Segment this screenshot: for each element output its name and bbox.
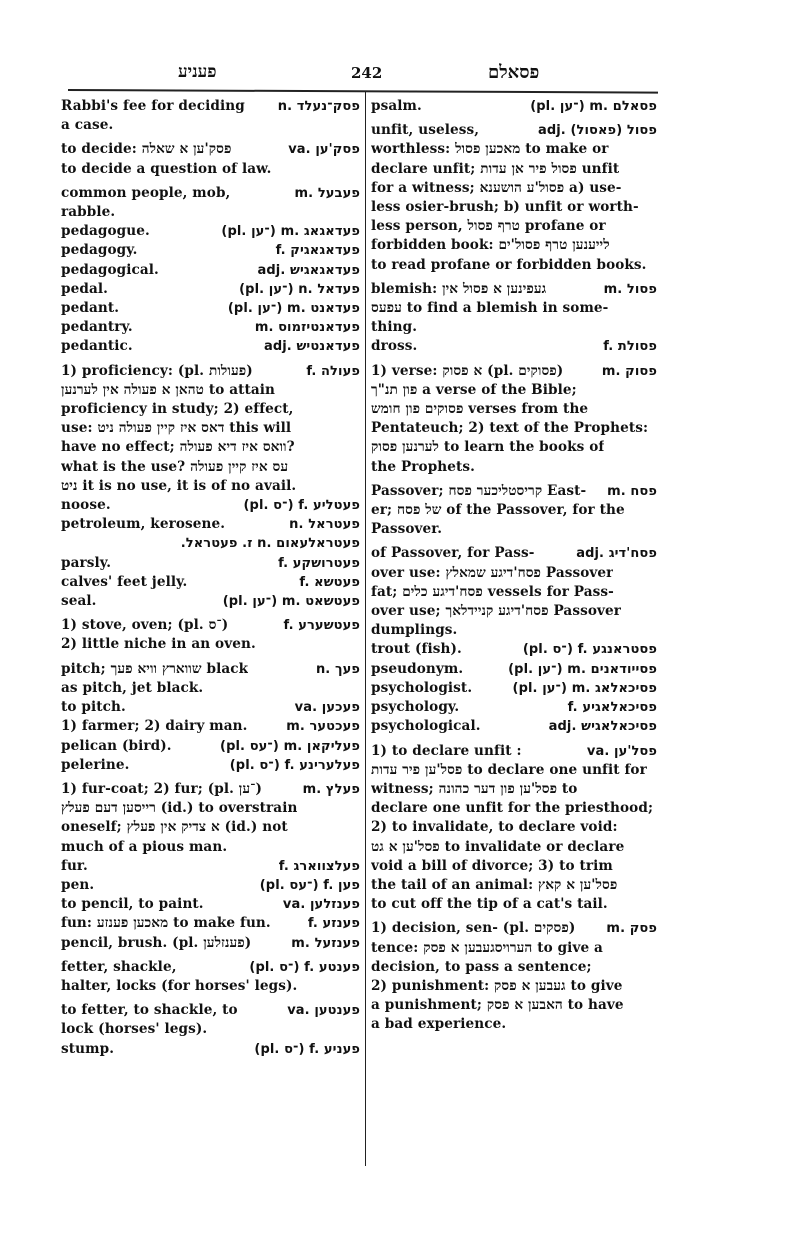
definition-text: pedantry. [61, 318, 133, 337]
definition-text: the tail of an animal: פסל'ען א קאץ [371, 876, 617, 895]
definition-text: Passover. [371, 520, 442, 539]
dictionary-entry: Rabbi's fee for decidingn. פסק־נעלדa cas… [61, 97, 360, 135]
definition-text: proficiency in study; 2) effect, [61, 400, 293, 419]
definition-text: to cut off the tip of a cat's tail. [371, 895, 608, 914]
entry-first-line: 1) fur-coat; 2) fur; (pl. ־ען)m. פעלץ [61, 780, 360, 799]
definition-text: pedagogue. [61, 222, 150, 241]
headword: m. פסוק [602, 362, 657, 381]
entry-first-line: blemish: געפינען א פסול איןm. פסול [371, 280, 657, 299]
definition-text: pen. [61, 876, 94, 895]
definition-text: less person, טרף פסול profane or [371, 217, 606, 236]
definition-text: pedant. [61, 299, 119, 318]
definition-text: declare one unfit for the priesthood; [371, 799, 653, 818]
definition-text: to pitch. [61, 698, 126, 717]
definition-text: pedantic. [61, 337, 133, 356]
definition-text: 2) little niche in an oven. [61, 635, 256, 654]
dictionary-entry: dross.f. פסולת [371, 337, 657, 356]
definition-text: over use: פסח'דיגע שמאלץ Passover [371, 564, 613, 583]
headword: (pl. ־ען) m. פעדאגאג [221, 222, 360, 241]
definition-text: 1) decision, sen- (pl. פסקים) [371, 919, 575, 938]
entry-continuation-line: dumplings. [371, 621, 657, 640]
definition-text: pencil, brush. (pl. פענזלען) [61, 934, 251, 953]
entry-first-line: 1) decision, sen- (pl. פסקים)m. פסק [371, 919, 657, 938]
dictionary-entry: to fetter, to shackle, tova. פענטעןlock … [61, 1001, 360, 1039]
headword: m. פעלץ [303, 780, 360, 799]
entry-continuation-line: what is the use? עס איז קיין פעולה [61, 458, 360, 477]
entry-continuation-line: the Prophets. [371, 458, 657, 477]
definition-text: dross. [371, 337, 417, 356]
dictionary-entry: to pencil, to paint.va. פענזלען [61, 895, 360, 914]
entry-first-line: psychology.f. פסיכאלאגיע [371, 698, 657, 717]
dictionary-entry: pencil, brush. (pl. פענזלען)m. פענזעל [61, 934, 360, 953]
definition-text: 1) verse: א פסוק (pl. פסוקים) [371, 362, 563, 381]
headword: va. פסק'ען [288, 140, 360, 159]
definition-text: parsly. [61, 554, 111, 573]
entry-first-line: pedagogical.adj. פעדאגאגיש [61, 261, 360, 280]
headword: n. פעך [316, 660, 360, 679]
entry-continuation-line: rabble. [61, 203, 360, 222]
definition-text: calves' feet jelly. [61, 573, 187, 592]
dictionary-entry: pedant.(pl. ־ען) m. פעדאנט [61, 299, 360, 318]
definition-text: what is the use? עס איז קיין פעולה [61, 458, 288, 477]
dictionary-entry: fun: מאכען פענזע to make fun.f. פענזע [61, 914, 360, 933]
definition-text: void a bill of divorce; 3) to trim [371, 857, 613, 876]
page-number: 242 [351, 64, 382, 82]
definition-text: 1) farmer; 2) dairy man. [61, 717, 248, 736]
entry-continuation-line: declare one unfit for the priesthood; [371, 799, 657, 818]
definition-text: petroleum, kerosene. [61, 515, 225, 534]
definition-text: טהאן א פעולה אין לערנען to attain [61, 381, 275, 400]
definition-text: over use; פסח'דיגע קניידלאך Passover [371, 602, 621, 621]
entry-continuation-line: to read profane or forbidden books. [371, 256, 657, 275]
dictionary-entry: petroleum, kerosene.n. פעטראל [61, 515, 360, 534]
entry-first-line: seal.(pl. ־ען) m. פעטשאט [61, 592, 360, 611]
headword: adj. פסח'דיג [576, 544, 657, 563]
headword: va. פסל'ען [587, 742, 657, 761]
definition-text: psychology. [371, 698, 459, 717]
headword: (pl. ־ס) f. פענטע [249, 958, 360, 977]
definition-text: blemish: געפינען א פסול אין [371, 280, 546, 299]
headword: (pl. ־ס) f. פסטראנגע [523, 640, 657, 659]
page-header: פעניע 242 פסאלם [68, 60, 658, 90]
entry-first-line: פעטראלעאום .n ז. פעטראל. [61, 534, 360, 553]
entry-first-line: fetter, shackle,(pl. ־ס) f. פענטע [61, 958, 360, 977]
headword: (pl. ־ען) m. פסאלם [530, 97, 657, 116]
definition-text: 1) fur-coat; 2) fur; (pl. ־ען) [61, 780, 262, 799]
definition-text: פסוקים פון חומש verses from the [371, 400, 588, 419]
headword: m. פעדאנטיזמוס [255, 318, 360, 337]
headword: (pl. ־ען) m. פסייודאנים [508, 660, 657, 679]
definition-text: forbidden book: לייענען טרף פסול'ים [371, 236, 610, 255]
entry-first-line: to decide: פסק'ען א שאלהva. פסק'ען [61, 140, 360, 159]
headword: m. פעכטער [286, 717, 360, 736]
dictionary-entry: to pitch.va. פעכען [61, 698, 360, 717]
entry-continuation-line: לערנען פסוק to learn the books of [371, 438, 657, 457]
entry-continuation-line: fat; פסח'דיגע כלים vessels for Pass- [371, 583, 657, 602]
definition-text: רייסען דעם פעלץ (id.) to overstrain [61, 799, 297, 818]
definition-text: fat; פסח'דיגע כלים vessels for Pass- [371, 583, 614, 602]
entry-first-line: pen.(pl. ־עס) f. פען [61, 876, 360, 895]
definition-text: trout (fish). [371, 640, 462, 659]
dictionary-entry: pedal.(pl. ־ען) n. פעדאל [61, 280, 360, 299]
definition-text: less osier-brush; b) unfit or worth- [371, 198, 639, 217]
entry-first-line: psalm.(pl. ־ען) m. פסאלם [371, 97, 657, 116]
headword: m. פענזעל [291, 934, 360, 953]
dictionary-entry: psalm.(pl. ־ען) m. פסאלם [371, 97, 657, 116]
headword: f. פעטשא [299, 573, 360, 592]
entry-continuation-line: to cut off the tip of a cat's tail. [371, 895, 657, 914]
entry-continuation-line: proficiency in study; 2) effect, [61, 400, 360, 419]
headword: adj. (פאסול) פסול [538, 121, 657, 140]
definition-text: noose. [61, 496, 111, 515]
dictionary-entry: parsly.f. פעטרושקע [61, 554, 360, 573]
entry-continuation-line: a bad experience. [371, 1015, 657, 1034]
definition-text: עפעס to find a blemish in some- [371, 299, 608, 318]
dictionary-entry: noose.(pl. ־ס) f. פעטליע [61, 496, 360, 515]
entry-first-line: unfit, useless,adj. (פאסול) פסול [371, 121, 657, 140]
definition-text: 1) to declare unfit : [371, 742, 522, 761]
definition-text: as pitch, jet black. [61, 679, 203, 698]
entry-first-line: to pitch.va. פעכען [61, 698, 360, 717]
dictionary-entry: stump.(pl. ־ס) f. פעניע [61, 1040, 360, 1059]
entry-continuation-line: oneself; א צדיק אין פעלץ (id.) not [61, 818, 360, 837]
definition-text: the Prophets. [371, 458, 475, 477]
definition-text: pedagogy. [61, 241, 138, 260]
definition-text: seal. [61, 592, 97, 611]
entry-first-line: calves' feet jelly.f. פעטשא [61, 573, 360, 592]
column-divider [365, 92, 366, 1166]
definition-text: pseudonym. [371, 660, 463, 679]
headword: n. פעטראל [289, 515, 360, 534]
entry-continuation-line: decision, to pass a sentence; [371, 958, 657, 977]
dictionary-entry: pedagogue.(pl. ־ען) m. פעדאגאג [61, 222, 360, 241]
headword: (pl. ־ען) m. פסיכאלאג [513, 679, 657, 698]
definition-text: rabble. [61, 203, 115, 222]
dictionary-entry: seal.(pl. ־ען) m. פעטשאט [61, 592, 360, 611]
entry-continuation-line: עפעס to find a blemish in some- [371, 299, 657, 318]
entry-first-line: parsly.f. פעטרושקע [61, 554, 360, 573]
left-column: Rabbi's fee for decidingn. פסק־נעלדa cas… [61, 97, 360, 1059]
right-column: psalm.(pl. ־ען) m. פסאלםunfit, useless,a… [371, 97, 657, 1035]
dictionary-entry: fur.f. פעלצווארג [61, 857, 360, 876]
entry-first-line: 1) proficiency: (pl. פעולות)f. פעולה [61, 362, 360, 381]
entry-continuation-line: טהאן א פעולה אין לערנען to attain [61, 381, 360, 400]
entry-continuation-line: ניט it is no use, it is of no avail. [61, 477, 360, 496]
entry-continuation-line: a punishment; האבען א פסק to have [371, 996, 657, 1015]
headword: (pl. ־עס) m. פעליקאן [220, 737, 360, 756]
headword: (pl. ־ס) f. פעלערינע [230, 756, 360, 775]
dictionary-entry: unfit, useless,adj. (פאסול) פסולworthles… [371, 121, 657, 275]
headword: (pl. ־ען) m. פעטשאט [223, 592, 360, 611]
definition-text: decision, to pass a sentence; [371, 958, 592, 977]
entry-continuation-line: less osier-brush; b) unfit or worth- [371, 198, 657, 217]
dictionary-entry: pitch; שווארץ וויא פעך blackn. פעךas pit… [61, 660, 360, 698]
entry-first-line: pedal.(pl. ־ען) n. פעדאל [61, 280, 360, 299]
entry-first-line: common people, mob,m. פעבעל [61, 184, 360, 203]
definition-text: a bad experience. [371, 1015, 506, 1034]
definition-text: fetter, shackle, [61, 958, 177, 977]
entry-first-line: pedantry.m. פעדאנטיזמוס [61, 318, 360, 337]
header-right-guide-word: פסאלם [488, 62, 539, 83]
headword: f. פעדאגאגיק [276, 241, 360, 260]
definition-text: 2) punishment: געבען א פסק to give [371, 977, 622, 996]
entry-continuation-line: to decide a question of law. [61, 160, 360, 179]
dictionary-entry: Passover; קריסטליכער פסח East-m. פסחer; … [371, 482, 657, 540]
definition-text: of Passover, for Pass- [371, 544, 535, 563]
headword: m. פסח [607, 482, 657, 501]
entry-continuation-line: for a witness; פסול'ע הושענא a) use- [371, 179, 657, 198]
dictionary-entry: 1) stove, oven; (pl. ־ס)f. פעטשערע2) lit… [61, 616, 360, 654]
entry-continuation-line: 2) to invalidate, to declare void: [371, 818, 657, 837]
headword: f. פסולת [603, 337, 657, 356]
definition-text: 1) stove, oven; (pl. ־ס) [61, 616, 228, 635]
definition-text: worthless: מאכען פסול to make or [371, 140, 609, 159]
definition-text: to decide: פסק'ען א שאלה [61, 140, 231, 159]
entry-continuation-line: פון תנ"ך a verse of the Bible; [371, 381, 657, 400]
entry-continuation-line: Passover. [371, 520, 657, 539]
headword: va. פענזלען [283, 895, 360, 914]
headword: m. פעבעל [295, 184, 360, 203]
entry-continuation-line: פסל'ען א גט to invalidate or declare [371, 838, 657, 857]
entry-continuation-line: lock (horses' legs). [61, 1020, 360, 1039]
dictionary-entry: פעטראלעאום .n ז. פעטראל. [61, 534, 360, 553]
entry-first-line: petroleum, kerosene.n. פעטראל [61, 515, 360, 534]
definition-text: pitch; שווארץ וויא פעך black [61, 660, 248, 679]
definition-text: pedagogical. [61, 261, 159, 280]
entry-continuation-line: a case. [61, 116, 360, 135]
dictionary-entry: 1) decision, sen- (pl. פסקים)m. פסקtence… [371, 919, 657, 1034]
definition-text: פסל'ען פיר עדות to declare one unfit for [371, 761, 647, 780]
entry-continuation-line: use: דאס איז קיין פעולה ניט this will [61, 419, 360, 438]
dictionary-entry: pen.(pl. ־עס) f. פען [61, 876, 360, 895]
definition-text: psychologist. [371, 679, 472, 698]
entry-continuation-line: as pitch, jet black. [61, 679, 360, 698]
definition-text: Passover; קריסטליכער פסח East- [371, 482, 586, 501]
definition-text: pedal. [61, 280, 108, 299]
definition-text: psychological. [371, 717, 481, 736]
entry-first-line: to fetter, to shackle, tova. פענטען [61, 1001, 360, 1020]
dictionary-entry: to decide: פסק'ען א שאלהva. פסק'עןto dec… [61, 140, 360, 178]
headword: m. פסול [604, 280, 657, 299]
entry-continuation-line: over use; פסח'דיגע קניידלאך Passover [371, 602, 657, 621]
dictionary-entry: trout (fish).(pl. ־ס) f. פסטראנגע [371, 640, 657, 659]
dictionary-entry: 1) fur-coat; 2) fur; (pl. ־ען)m. פעלץריי… [61, 780, 360, 857]
dictionary-entry: common people, mob,m. פעבעלrabble. [61, 184, 360, 222]
headword: (pl. ־עס) f. פען [260, 876, 360, 895]
headword: (pl. ־ס) f. פעניע [254, 1040, 360, 1059]
headword: (pl. ־ען) n. פעדאל [239, 280, 360, 299]
definition-text: to pencil, to paint. [61, 895, 204, 914]
entry-continuation-line: void a bill of divorce; 3) to trim [371, 857, 657, 876]
entry-first-line: 1) verse: א פסוק (pl. פסוקים)m. פסוק [371, 362, 657, 381]
definition-text: 1) proficiency: (pl. פעולות) [61, 362, 253, 381]
entry-first-line: 1) farmer; 2) dairy man.m. פעכטער [61, 717, 360, 736]
definition-text: to fetter, to shackle, to [61, 1001, 238, 1020]
definition-text: tence: הערויסגעבען א פסק to give a [371, 939, 603, 958]
headword: f. פענזע [308, 914, 360, 933]
definition-text: Pentateuch; 2) text of the Prophets: [371, 419, 648, 438]
entry-continuation-line: 2) punishment: געבען א פסק to give [371, 977, 657, 996]
definition-text: unfit, useless, [371, 121, 479, 140]
headword: (pl. ־ס) f. פעטליע [244, 496, 361, 515]
dictionary-entry: calves' feet jelly.f. פעטשא [61, 573, 360, 592]
definition-text: פון תנ"ך a verse of the Bible; [371, 381, 577, 400]
entry-first-line: pelican (bird).(pl. ־עס) m. פעליקאן [61, 737, 360, 756]
headword: m. פסק [606, 919, 657, 938]
definition-text: er; של פסח of the Passover, for the [371, 501, 625, 520]
entry-continuation-line: worthless: מאכען פסול to make or [371, 140, 657, 159]
headword: פעטראלעאום .n ז. פעטראל. [181, 534, 360, 553]
headword: f. פסיכאלאגיע [568, 698, 657, 717]
dictionary-entry: pelican (bird).(pl. ־עס) m. פעליקאן [61, 737, 360, 756]
dictionary-entry: 1) to declare unfit :va. פסל'עןפסל'ען פי… [371, 742, 657, 915]
entry-first-line: fun: מאכען פענזע to make fun.f. פענזע [61, 914, 360, 933]
headword: adj. פסיכאלאגיש [549, 717, 657, 736]
definition-text: a case. [61, 116, 113, 135]
dictionary-entry: pedantic.adj. פעדאנטיש [61, 337, 360, 356]
definition-text: פסל'ען א גט to invalidate or declare [371, 838, 624, 857]
definition-text: have no effect; וואס איז דיא פעולה? [61, 438, 295, 457]
dictionary-entry: 1) farmer; 2) dairy man.m. פעכטער [61, 717, 360, 736]
definition-text: to decide a question of law. [61, 160, 271, 179]
entry-continuation-line: have no effect; וואס איז דיא פעולה? [61, 438, 360, 457]
entry-continuation-line: declare unfit; פסול פיר אן עדות unfit [371, 160, 657, 179]
dictionary-entry: psychological.adj. פסיכאלאגיש [371, 717, 657, 736]
dictionary-entry: psychologist.(pl. ־ען) m. פסיכאלאג [371, 679, 657, 698]
entry-first-line: psychological.adj. פסיכאלאגיש [371, 717, 657, 736]
definition-text: stump. [61, 1040, 114, 1059]
headword: f. פעטרושקע [278, 554, 360, 573]
dictionary-entry: 1) verse: א פסוק (pl. פסוקים)m. פסוקפון … [371, 362, 657, 477]
definition-text: dumplings. [371, 621, 457, 640]
dictionary-entry: pedagogical.adj. פעדאגאגיש [61, 261, 360, 280]
entry-continuation-line: the tail of an animal: פסל'ען א קאץ [371, 876, 657, 895]
headword: va. פעכען [295, 698, 360, 717]
definition-text: oneself; א צדיק אין פעלץ (id.) not [61, 818, 288, 837]
entry-first-line: 1) to declare unfit :va. פסל'ען [371, 742, 657, 761]
entry-continuation-line: less person, טרף פסול profane or [371, 217, 657, 236]
entry-first-line: stump.(pl. ־ס) f. פעניע [61, 1040, 360, 1059]
entry-first-line: Rabbi's fee for decidingn. פסק־נעלד [61, 97, 360, 116]
entry-first-line: of Passover, for Pass-adj. פסח'דיג [371, 544, 657, 563]
definition-text: thing. [371, 318, 417, 337]
entry-continuation-line: er; של פסח of the Passover, for the [371, 501, 657, 520]
entry-continuation-line: halter, locks (for horses' legs). [61, 977, 360, 996]
definition-text: ניט it is no use, it is of no avail. [61, 477, 296, 496]
entry-continuation-line: thing. [371, 318, 657, 337]
entry-continuation-line: פסוקים פון חומש verses from the [371, 400, 657, 419]
entry-first-line: trout (fish).(pl. ־ס) f. פסטראנגע [371, 640, 657, 659]
dictionary-entry: pseudonym.(pl. ־ען) m. פסייודאנים [371, 660, 657, 679]
entry-first-line: pedagogue.(pl. ־ען) m. פעדאגאג [61, 222, 360, 241]
entry-continuation-line: 2) little niche in an oven. [61, 635, 360, 654]
entry-continuation-line: forbidden book: לייענען טרף פסול'ים [371, 236, 657, 255]
entry-first-line: psychologist.(pl. ־ען) m. פסיכאלאג [371, 679, 657, 698]
entry-continuation-line: רייסען דעם פעלץ (id.) to overstrain [61, 799, 360, 818]
headword: f. פעולה [306, 362, 360, 381]
entry-continuation-line: Pentateuch; 2) text of the Prophets: [371, 419, 657, 438]
dictionary-entry: fetter, shackle,(pl. ־ס) f. פענטעhalter,… [61, 958, 360, 996]
entry-first-line: fur.f. פעלצווארג [61, 857, 360, 876]
entry-first-line: pelerine.(pl. ־ס) f. פעלערינע [61, 756, 360, 775]
headword: n. פסק־נעלד [278, 97, 360, 116]
definition-text: to read profane or forbidden books. [371, 256, 647, 275]
headword: (pl. ־ען) m. פעדאנט [228, 299, 360, 318]
entry-first-line: Passover; קריסטליכער פסח East-m. פסח [371, 482, 657, 501]
entry-continuation-line: over use: פסח'דיגע שמאלץ Passover [371, 564, 657, 583]
headword: va. פענטען [287, 1001, 360, 1020]
dictionary-entry: pelerine.(pl. ־ס) f. פעלערינע [61, 756, 360, 775]
definition-text: 2) to invalidate, to declare void: [371, 818, 618, 837]
entry-first-line: pedantic.adj. פעדאנטיש [61, 337, 360, 356]
definition-text: a punishment; האבען א פסק to have [371, 996, 624, 1015]
entry-first-line: pseudonym.(pl. ־ען) m. פסייודאנים [371, 660, 657, 679]
dictionary-entry: psychology.f. פסיכאלאגיע [371, 698, 657, 717]
dictionary-entry: of Passover, for Pass-adj. פסח'דיגover u… [371, 544, 657, 640]
definition-text: pelican (bird). [61, 737, 172, 756]
entry-first-line: pedagogy.f. פעדאגאגיק [61, 241, 360, 260]
dictionary-entry: 1) proficiency: (pl. פעולות)f. פעולהטהאן… [61, 362, 360, 496]
header-left-guide-word: פעניע [178, 62, 216, 82]
definition-text: fun: מאכען פענזע to make fun. [61, 914, 271, 933]
definition-text: Rabbi's fee for deciding [61, 97, 245, 116]
dictionary-entry: pedantry.m. פעדאנטיזמוס [61, 318, 360, 337]
definition-text: declare unfit; פסול פיר אן עדות unfit [371, 160, 619, 179]
definition-text: pelerine. [61, 756, 129, 775]
entry-first-line: pencil, brush. (pl. פענזלען)m. פענזעל [61, 934, 360, 953]
entry-continuation-line: פסל'ען פיר עדות to declare one unfit for [371, 761, 657, 780]
entry-continuation-line: much of a pious man. [61, 838, 360, 857]
headword: f. פעטשערע [284, 616, 360, 635]
entry-first-line: dross.f. פסולת [371, 337, 657, 356]
entry-continuation-line: tence: הערויסגעבען א פסק to give a [371, 939, 657, 958]
entry-first-line: to pencil, to paint.va. פענזלען [61, 895, 360, 914]
dictionary-entry: pedagogy.f. פעדאגאגיק [61, 241, 360, 260]
definition-text: common people, mob, [61, 184, 230, 203]
definition-text: witness; פסל'ען פון דער כהונה to [371, 780, 577, 799]
definition-text: fur. [61, 857, 88, 876]
definition-text: lock (horses' legs). [61, 1020, 207, 1039]
headword: f. פעלצווארג [279, 857, 360, 876]
headword: adj. פעדאנטיש [264, 337, 360, 356]
entry-first-line: pedant.(pl. ־ען) m. פעדאנט [61, 299, 360, 318]
definition-text: psalm. [371, 97, 422, 116]
definition-text: use: דאס איז קיין פעולה ניט this will [61, 419, 291, 438]
entry-continuation-line: witness; פסל'ען פון דער כהונה to [371, 780, 657, 799]
entry-first-line: 1) stove, oven; (pl. ־ס)f. פעטשערע [61, 616, 360, 635]
headword: adj. פעדאגאגיש [258, 261, 360, 280]
definition-text: much of a pious man. [61, 838, 227, 857]
definition-text: halter, locks (for horses' legs). [61, 977, 297, 996]
dictionary-entry: blemish: געפינען א פסול איןm. פסולעפעס t… [371, 280, 657, 338]
definition-text: for a witness; פסול'ע הושענא a) use- [371, 179, 622, 198]
entry-first-line: noose.(pl. ־ס) f. פעטליע [61, 496, 360, 515]
definition-text: לערנען פסוק to learn the books of [371, 438, 604, 457]
entry-first-line: pitch; שווארץ וויא פעך blackn. פעך [61, 660, 360, 679]
